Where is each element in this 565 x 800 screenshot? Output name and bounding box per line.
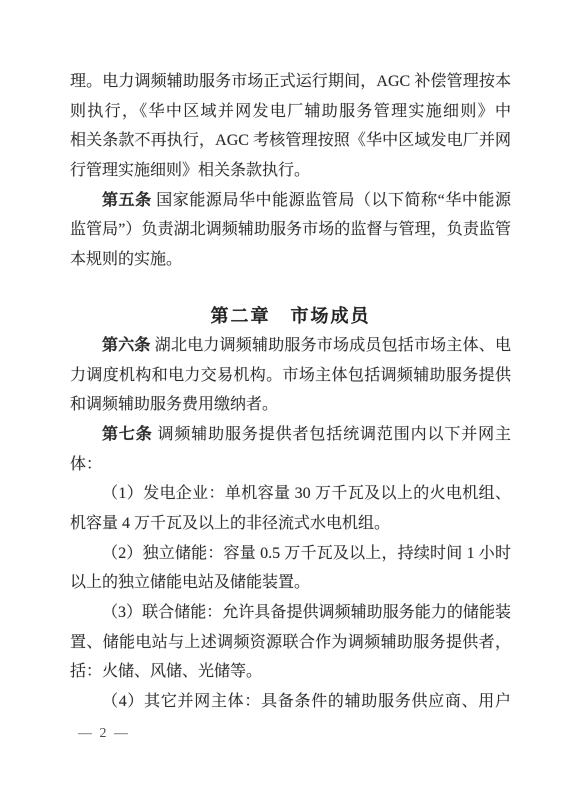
text-segment: 则执行，《华中区域并网发电厂辅助服务管理实施细则》中 AGC bbox=[70, 103, 511, 127]
bold-text-segment: 第六条 bbox=[102, 337, 151, 354]
text-segment: （2）独立储能：容量 0.5 万千瓦及以上，持续时间 1 小时 bbox=[102, 545, 511, 562]
text-line: 第五条 国家能源局华中能源监管局（以下简称“华中能源 bbox=[70, 186, 511, 216]
text-segment: （4）其它并网主体：具备条件的辅助服务供应商、用户（含 bbox=[102, 693, 511, 717]
text-segment: 本规则的实施。 bbox=[70, 251, 182, 268]
text-segment: 湖北电力调频辅助服务市场成员包括市场主体、电 bbox=[151, 337, 511, 354]
text-segment: 置、储能电站与上述调频资源联合作为调频辅助服务提供者，包 bbox=[70, 634, 511, 658]
bold-text-segment: 第五条 bbox=[102, 192, 152, 209]
text-line: 以上的独立储能电站及储能装置。 bbox=[70, 568, 511, 598]
text-line: 置、储能电站与上述调频资源联合作为调频辅助服务提供者，包 bbox=[70, 628, 511, 658]
document-lines: 理。电力调频辅助服务市场正式运行期间，AGC 补偿管理按本规则执行，《华中区域并… bbox=[70, 67, 511, 717]
text-segment: 括：火储、风储、光储等。 bbox=[70, 663, 262, 680]
text-line: 行管理实施细则》相关条款执行。 bbox=[70, 156, 511, 186]
text-line: （1）发电企业：单机容量 30 万千瓦及以上的火电机组、单 bbox=[70, 479, 511, 509]
text-line: 则执行，《华中区域并网发电厂辅助服务管理实施细则》中 AGC bbox=[70, 97, 511, 127]
text-segment: 和调频辅助服务费用缴纳者。 bbox=[70, 396, 278, 413]
text-line: 理。电力调频辅助服务市场正式运行期间，AGC 补偿管理按本规 bbox=[70, 67, 511, 97]
text-line: 相关条款不再执行，AGC 考核管理按照《华中区域发电厂并网运 bbox=[70, 126, 511, 156]
text-line: 第七条 调频辅助服务提供者包括统调范围内以下并网主 bbox=[70, 420, 511, 450]
text-segment: 机容量 4 万千瓦及以上的非径流式水电机组。 bbox=[70, 515, 390, 532]
bold-text-segment: 第七条 bbox=[102, 426, 153, 443]
text-line: 和调频辅助服务费用缴纳者。 bbox=[70, 390, 511, 420]
text-line: 机容量 4 万千瓦及以上的非径流式水电机组。 bbox=[70, 509, 511, 539]
text-line: 力调度机构和电力交易机构。市场主体包括调频辅助服务提供者 bbox=[70, 361, 511, 391]
text-segment: 调频辅助服务提供者包括统调范围内以下并网主 bbox=[153, 426, 511, 443]
text-line: （3）联合储能：允许具备提供调频辅助服务能力的储能装 bbox=[70, 598, 511, 628]
text-segment: 理。电力调频辅助服务市场正式运行期间，AGC 补偿管理按本规 bbox=[70, 73, 511, 97]
text-segment: 国家能源局华中能源监管局（以下简称“华中能源 bbox=[152, 192, 511, 209]
text-segment: 监管局”）负责湖北调频辅助服务市场的监督与管理，负责监管 bbox=[70, 221, 511, 238]
text-segment: 力调度机构和电力交易机构。市场主体包括调频辅助服务提供者 bbox=[70, 367, 511, 391]
text-line: 本规则的实施。 bbox=[70, 245, 511, 275]
text-line: 第六条 湖北电力调频辅助服务市场成员包括市场主体、电 bbox=[70, 331, 511, 361]
text-segment: 体： bbox=[70, 456, 102, 473]
text-line: （4）其它并网主体：具备条件的辅助服务供应商、用户（含 bbox=[70, 687, 511, 717]
document-page: 理。电力调频辅助服务市场正式运行期间，AGC 补偿管理按本规则执行，《华中区域并… bbox=[0, 0, 565, 800]
text-line: 括：火储、风储、光储等。 bbox=[70, 657, 511, 687]
text-line: 监管局”）负责湖北调频辅助服务市场的监督与管理，负责监管 bbox=[70, 215, 511, 245]
text-line: 体： bbox=[70, 450, 511, 480]
page-number: — 2 — bbox=[78, 726, 130, 742]
text-segment: 相关条款不再执行，AGC 考核管理按照《华中区域发电厂并网运 bbox=[70, 132, 511, 156]
text-line: （2）独立储能：容量 0.5 万千瓦及以上，持续时间 1 小时 bbox=[70, 539, 511, 569]
chapter-heading: 第二章 市场成员 bbox=[70, 301, 511, 331]
text-segment: 行管理实施细则》相关条款执行。 bbox=[70, 162, 310, 179]
text-segment: （3）联合储能：允许具备提供调频辅助服务能力的储能装 bbox=[102, 604, 511, 621]
text-segment: （1）发电企业：单机容量 30 万千瓦及以上的火电机组、单 bbox=[102, 485, 511, 509]
text-segment: 以上的独立储能电站及储能装置。 bbox=[70, 574, 310, 591]
bold-text-segment: 第二章 市场成员 bbox=[211, 306, 371, 326]
